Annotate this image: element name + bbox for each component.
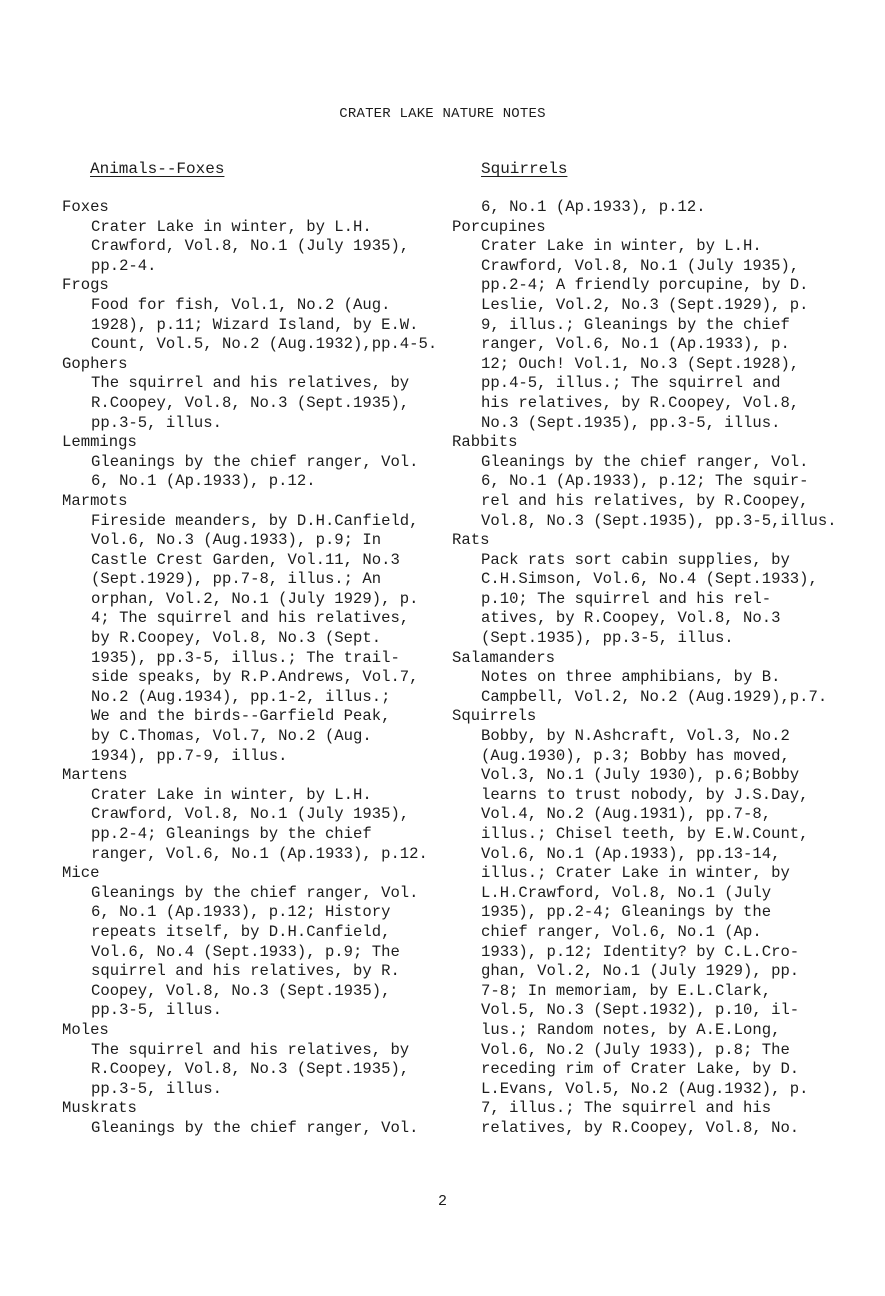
- index-entry: LemmingsGleanings by the chief ranger, V…: [62, 433, 442, 492]
- entry-citation-line: ranger, Vol.6, No.1 (Ap.1933), p.: [452, 335, 862, 355]
- entry-citation-line: Fireside meanders, by D.H.Canfield,: [62, 512, 442, 532]
- entry-citation-line: 4; The squirrel and his relatives,: [62, 609, 442, 629]
- entry-citation-line: Gleanings by the chief ranger, Vol.: [62, 1119, 442, 1139]
- entry-citation-line: pp.4-5, illus.; The squirrel and: [452, 374, 862, 394]
- left-column-heading: Animals--Foxes: [90, 160, 224, 178]
- entry-citation-line: pp.2-4; A friendly porcupine, by D.: [452, 276, 862, 296]
- left-column: FoxesCrater Lake in winter, by L.H.Crawf…: [62, 198, 442, 1139]
- entry-topic: Rabbits: [452, 433, 862, 453]
- entry-citation-line: Vol.5, No.3 (Sept.1932), p.10, il-: [452, 1001, 862, 1021]
- entry-citation-line: Crater Lake in winter, by L.H.: [62, 218, 442, 238]
- entry-citation-line: Crater Lake in winter, by L.H.: [62, 786, 442, 806]
- index-entry: SquirrelsBobby, by N.Ashcraft, Vol.3, No…: [452, 707, 862, 1138]
- entry-citation-line: repeats itself, by D.H.Canfield,: [62, 923, 442, 943]
- index-entry: MartensCrater Lake in winter, by L.H.Cra…: [62, 766, 442, 864]
- entry-citation-line: lus.; Random notes, by A.E.Long,: [452, 1021, 862, 1041]
- entry-citation-line: Gleanings by the chief ranger, Vol.: [452, 453, 862, 473]
- entry-citation-line: pp.2-4.: [62, 257, 442, 277]
- entry-citation-line: Bobby, by N.Ashcraft, Vol.3, No.2: [452, 727, 862, 747]
- entry-citation-line: ranger, Vol.6, No.1 (Ap.1933), p.12.: [62, 845, 442, 865]
- entry-citation-line: No.3 (Sept.1935), pp.3-5, illus.: [452, 414, 862, 434]
- index-entry: PorcupinesCrater Lake in winter, by L.H.…: [452, 218, 862, 434]
- entry-citation-line: 1933), p.12; Identity? by C.L.Cro-: [452, 943, 862, 963]
- entry-citation-line: Coopey, Vol.8, No.3 (Sept.1935),: [62, 982, 442, 1002]
- entry-topic: Porcupines: [452, 218, 862, 238]
- entry-citation-line: 6, No.1 (Ap.1933), p.12.: [452, 198, 862, 218]
- page-number: 2: [0, 1193, 885, 1210]
- entry-topic: Moles: [62, 1021, 442, 1041]
- entry-topic: Frogs: [62, 276, 442, 296]
- entry-topic: Muskrats: [62, 1099, 442, 1119]
- index-entry: RabbitsGleanings by the chief ranger, Vo…: [452, 433, 862, 531]
- entry-citation-line: (Sept.1935), pp.3-5, illus.: [452, 629, 862, 649]
- right-column: 6, No.1 (Ap.1933), p.12.PorcupinesCrater…: [452, 198, 862, 1139]
- entry-citation-line: Vol.6, No.4 (Sept.1933), p.9; The: [62, 943, 442, 963]
- entry-citation-line: L.H.Crawford, Vol.8, No.1 (July: [452, 884, 862, 904]
- entry-citation-line: illus.; Chisel teeth, by E.W.Count,: [452, 825, 862, 845]
- entry-citation-line: 6, No.1 (Ap.1933), p.12.: [62, 472, 442, 492]
- entry-topic: Mice: [62, 864, 442, 884]
- entry-citation-line: Crawford, Vol.8, No.1 (July 1935),: [452, 257, 862, 277]
- entry-citation-line: Pack rats sort cabin supplies, by: [452, 551, 862, 571]
- entry-citation-line: 7, illus.; The squirrel and his: [452, 1099, 862, 1119]
- entry-citation-line: Count, Vol.5, No.2 (Aug.1932),pp.4-5.: [62, 335, 442, 355]
- index-entry: MiceGleanings by the chief ranger, Vol.6…: [62, 864, 442, 1021]
- entry-citation-line: chief ranger, Vol.6, No.1 (Ap.: [452, 923, 862, 943]
- entry-citation-line: Vol.4, No.2 (Aug.1931), pp.7-8,: [452, 805, 862, 825]
- entry-citation-line: pp.3-5, illus.: [62, 414, 442, 434]
- index-entry: RatsPack rats sort cabin supplies, byC.H…: [452, 531, 862, 649]
- entry-citation-line: 1928), p.11; Wizard Island, by E.W.: [62, 316, 442, 336]
- page-title: CRATER LAKE NATURE NOTES: [0, 106, 885, 122]
- entry-citation-line: Vol.6, No.1 (Ap.1933), pp.13-14,: [452, 845, 862, 865]
- entry-citation-line: Leslie, Vol.2, No.3 (Sept.1929), p.: [452, 296, 862, 316]
- right-column-heading: Squirrels: [481, 160, 567, 178]
- entry-citation-line: pp.3-5, illus.: [62, 1001, 442, 1021]
- entry-citation-line: 9, illus.; Gleanings by the chief: [452, 316, 862, 336]
- entry-citation-line: (Sept.1929), pp.7-8, illus.; An: [62, 570, 442, 590]
- entry-topic: Foxes: [62, 198, 442, 218]
- entry-citation-line: Gleanings by the chief ranger, Vol.: [62, 453, 442, 473]
- entry-citation-line: pp.3-5, illus.: [62, 1080, 442, 1100]
- entry-citation-line: squirrel and his relatives, by R.: [62, 962, 442, 982]
- entry-citation-line: The squirrel and his relatives, by: [62, 1041, 442, 1061]
- entry-citation-line: Crawford, Vol.8, No.1 (July 1935),: [62, 805, 442, 825]
- index-entry: SalamandersNotes on three amphibians, by…: [452, 649, 862, 708]
- entry-citation-line: Notes on three amphibians, by B.: [452, 668, 862, 688]
- entry-citation-line: 6, No.1 (Ap.1933), p.12; History: [62, 903, 442, 923]
- index-entry: FrogsFood for fish, Vol.1, No.2 (Aug.192…: [62, 276, 442, 354]
- entry-citation-line: Castle Crest Garden, Vol.11, No.3: [62, 551, 442, 571]
- entry-topic: Lemmings: [62, 433, 442, 453]
- entry-topic: Marmots: [62, 492, 442, 512]
- index-entry: GophersThe squirrel and his relatives, b…: [62, 355, 442, 433]
- index-entry: MolesThe squirrel and his relatives, byR…: [62, 1021, 442, 1099]
- entry-citation-line: relatives, by R.Coopey, Vol.8, No.: [452, 1119, 862, 1139]
- entry-citation-line: by R.Coopey, Vol.8, No.3 (Sept.: [62, 629, 442, 649]
- entry-citation-line: No.2 (Aug.1934), pp.1-2, illus.;: [62, 688, 442, 708]
- entry-citation-line: 6, No.1 (Ap.1933), p.12; The squir-: [452, 472, 862, 492]
- entry-citation-line: The squirrel and his relatives, by: [62, 374, 442, 394]
- entry-citation-line: pp.2-4; Gleanings by the chief: [62, 825, 442, 845]
- entry-citation-line: (Aug.1930), p.3; Bobby has moved,: [452, 747, 862, 767]
- entry-citation-line: Vol.6, No.2 (July 1933), p.8; The: [452, 1041, 862, 1061]
- entry-citation-line: side speaks, by R.P.Andrews, Vol.7,: [62, 668, 442, 688]
- entry-citation-line: We and the birds--Garfield Peak,: [62, 707, 442, 727]
- entry-citation-line: illus.; Crater Lake in winter, by: [452, 864, 862, 884]
- entry-citation-line: orphan, Vol.2, No.1 (July 1929), p.: [62, 590, 442, 610]
- entry-citation-line: learns to trust nobody, by J.S.Day,: [452, 786, 862, 806]
- entry-topic: Gophers: [62, 355, 442, 375]
- entry-citation-line: atives, by R.Coopey, Vol.8, No.3: [452, 609, 862, 629]
- entry-citation-line: 1935), pp.2-4; Gleanings by the: [452, 903, 862, 923]
- entry-citation-line: Vol.3, No.1 (July 1930), p.6;Bobby: [452, 766, 862, 786]
- entry-citation-line: L.Evans, Vol.5, No.2 (Aug.1932), p.: [452, 1080, 862, 1100]
- entry-citation-line: receding rim of Crater Lake, by D.: [452, 1060, 862, 1080]
- entry-citation-line: rel and his relatives, by R.Coopey,: [452, 492, 862, 512]
- entry-topic: Rats: [452, 531, 862, 551]
- entry-topic: Martens: [62, 766, 442, 786]
- entry-topic: Squirrels: [452, 707, 862, 727]
- index-entry: 6, No.1 (Ap.1933), p.12.: [452, 198, 862, 218]
- entry-citation-line: Vol.6, No.3 (Aug.1933), p.9; In: [62, 531, 442, 551]
- index-entry: MarmotsFireside meanders, by D.H.Canfiel…: [62, 492, 442, 766]
- entry-citation-line: 7-8; In memoriam, by E.L.Clark,: [452, 982, 862, 1002]
- entry-citation-line: by C.Thomas, Vol.7, No.2 (Aug.: [62, 727, 442, 747]
- entry-citation-line: Food for fish, Vol.1, No.2 (Aug.: [62, 296, 442, 316]
- entry-citation-line: ghan, Vol.2, No.1 (July 1929), pp.: [452, 962, 862, 982]
- index-entry: MuskratsGleanings by the chief ranger, V…: [62, 1099, 442, 1138]
- entry-citation-line: R.Coopey, Vol.8, No.3 (Sept.1935),: [62, 394, 442, 414]
- index-entry: FoxesCrater Lake in winter, by L.H.Crawf…: [62, 198, 442, 276]
- entry-citation-line: p.10; The squirrel and his rel-: [452, 590, 862, 610]
- entry-citation-line: 1935), pp.3-5, illus.; The trail-: [62, 649, 442, 669]
- entry-citation-line: Campbell, Vol.2, No.2 (Aug.1929),p.7.: [452, 688, 862, 708]
- entry-citation-line: 12; Ouch! Vol.1, No.3 (Sept.1928),: [452, 355, 862, 375]
- entry-citation-line: R.Coopey, Vol.8, No.3 (Sept.1935),: [62, 1060, 442, 1080]
- entry-citation-line: C.H.Simson, Vol.6, No.4 (Sept.1933),: [452, 570, 862, 590]
- entry-topic: Salamanders: [452, 649, 862, 669]
- entry-citation-line: Crawford, Vol.8, No.1 (July 1935),: [62, 237, 442, 257]
- entry-citation-line: Vol.8, No.3 (Sept.1935), pp.3-5,illus.: [452, 512, 862, 532]
- entry-citation-line: 1934), pp.7-9, illus.: [62, 747, 442, 767]
- entry-citation-line: Gleanings by the chief ranger, Vol.: [62, 884, 442, 904]
- entry-citation-line: Crater Lake in winter, by L.H.: [452, 237, 862, 257]
- entry-citation-line: his relatives, by R.Coopey, Vol.8,: [452, 394, 862, 414]
